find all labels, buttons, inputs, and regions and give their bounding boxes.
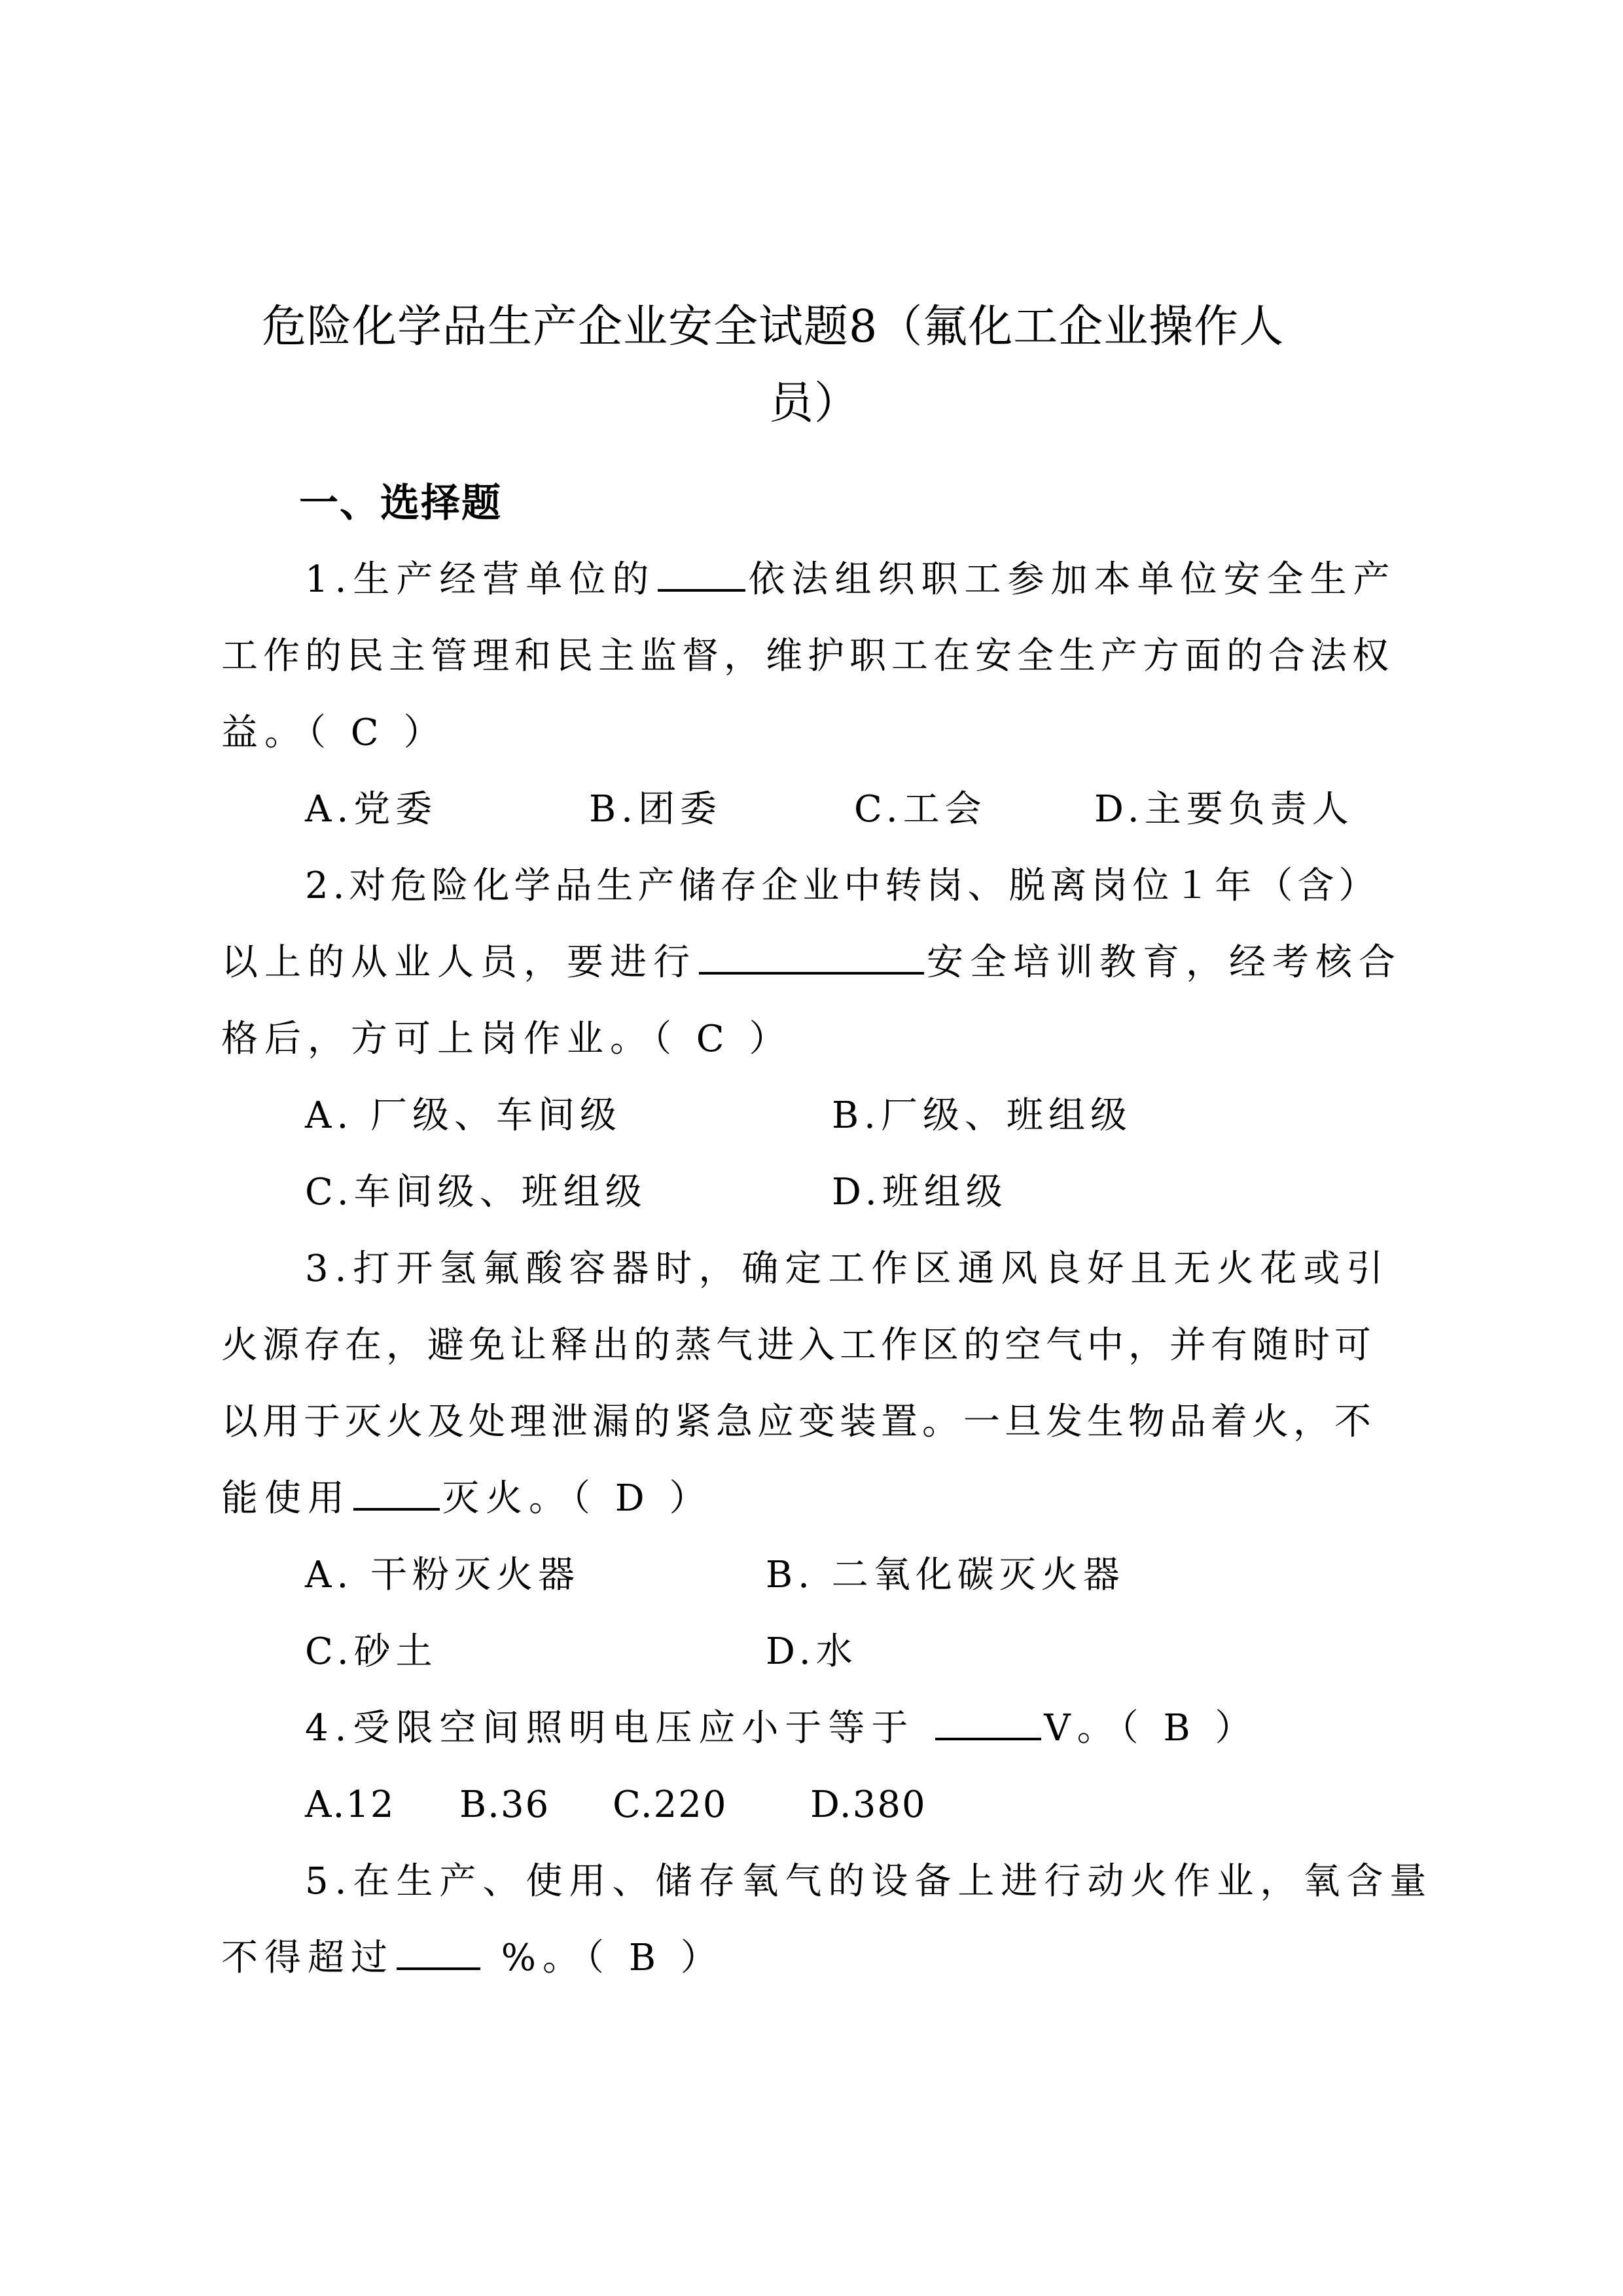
question-1-option-d: D.主要负责人 [1094,783,1354,836]
question-5-line-2: 不得超过 %。（ B ） [221,1932,724,1984]
question-1-line-3: 益。（ C ） [221,707,446,759]
question-2-text-after-blank: 安全培训教育，经考核合 [927,941,1402,984]
document-title-line-2: 员） [769,374,859,433]
question-1-option-a: A.党委 [305,783,437,836]
question-3-text-after-blank: 灭火。（ D ） [442,1477,713,1520]
section-heading: 一、选择题 [299,477,502,529]
question-3-option-c: C.砂土 [305,1626,438,1678]
question-3-line-1: 3.打开氢氟酸容器时，确定工作区通风良好且无火花或引 [305,1243,1389,1295]
question-1-option-b: B.团委 [589,783,722,836]
question-1-text-after-blank: 依法组织职工参加本单位安全生产 [748,558,1396,601]
question-3-option-a: A. 干粉灭火器 [305,1549,580,1602]
question-2-line-3: 格后，方可上岗作业。（ C ） [221,1013,792,1066]
question-5-text-after-blank: %。（ B ） [483,1937,724,1979]
question-2-line-2: 以上的从业人员，要进行安全培训教育，经考核合 [221,937,1402,989]
question-4-option-c: C.220 [613,1779,728,1831]
question-1-text-before-blank: 1.生产经营单位的 [305,558,655,601]
question-5-text-before-blank: 不得超过 [221,1937,394,1979]
question-3-blank [353,1477,440,1511]
question-2-blank [699,941,924,975]
question-2-line-1: 2.对危险化学品生产储存企业中转岗、脱离岗位１年（含） [305,860,1380,912]
question-1-blank [658,558,745,592]
question-4-line-1: 4.受限空间照明电压应小于等于 V。（ B ） [305,1702,1258,1755]
question-3-line-3: 以用于灭火及处理泄漏的紧急应变装置。一旦发生物品着火，不 [221,1396,1376,1448]
question-4-blank [935,1706,1041,1740]
question-3-text-before-blank: 能使用 [221,1477,351,1520]
question-2-option-c: C.车间级、班组级 [305,1166,647,1219]
question-2-option-d: D.班组级 [832,1166,1008,1219]
question-2-text-before-blank: 以上的从业人员，要进行 [221,941,696,984]
question-2-option-b: B.厂级、班组级 [832,1090,1132,1142]
document-title-line-1: 危险化学品生产企业安全试题8（氟化工企业操作人 [262,298,1284,357]
question-4-option-d: D.380 [810,1779,927,1831]
question-3-line-2: 火源存在，避免让释出的蒸气进入工作区的空气中，并有随时可 [221,1319,1376,1372]
question-4-option-b: B.36 [459,1779,550,1831]
question-1-option-c: C.工会 [854,783,987,836]
question-1-line-1: 1.生产经营单位的依法组织职工参加本单位安全生产 [305,554,1396,606]
question-4-text-after-blank: V。（ B ） [1044,1707,1258,1749]
question-4-text-before-blank: 4.受限空间照明电压应小于等于 [305,1707,933,1749]
question-2-option-a: A. 厂级、车间级 [305,1090,622,1142]
question-3-option-d: D.水 [766,1626,858,1678]
question-3-option-b: B. 二氧化碳灭火器 [766,1549,1125,1602]
question-5-blank [397,1936,480,1970]
question-4-option-a: A.12 [305,1779,395,1831]
question-1-line-2: 工作的民主管理和民主监督，维护职工在安全生产方面的合法权 [221,630,1394,683]
question-3-line-4: 能使用灭火。（ D ） [221,1473,713,1525]
document-page: 危险化学品生产企业安全试题8（氟化工企业操作人 员） 一、选择题 1.生产经营单… [0,0,1623,2296]
question-5-line-1: 5.在生产、使用、储存氧气的设备上进行动火作业，氧含量 [305,1856,1433,1908]
